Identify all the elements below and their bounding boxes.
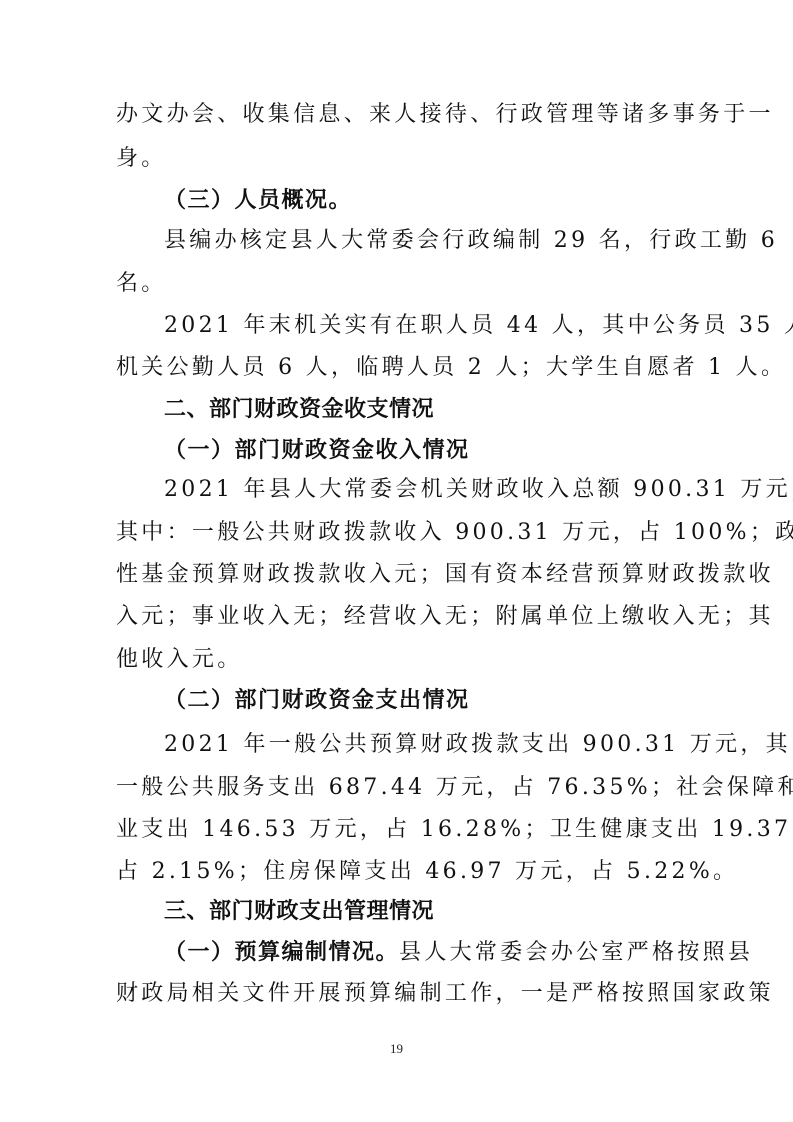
- subsection-heading-expenditure: （二）部门财政资金支出情况: [164, 686, 724, 714]
- body-text-line: 名。: [116, 270, 676, 298]
- subsection-heading-revenue: （一）部门财政资金收入情况: [164, 436, 724, 464]
- section-heading-expenditure-management: 三、部门财政支出管理情况: [164, 898, 724, 926]
- body-text-line-mixed: （一）预算编制情况。县人大常委会办公室严格按照县: [164, 938, 724, 967]
- subsection-heading-personnel: （三）人员概况。: [164, 186, 724, 214]
- body-text-line: 一般公共服务支出 687.44 万元，占 76.35%；社会保障和就: [116, 774, 676, 802]
- page-number: 19: [0, 1041, 793, 1057]
- body-text-line: 财政局相关文件开展预算编制工作，一是严格按照国家政策: [116, 980, 676, 1008]
- body-text-line: 其中：一般公共财政拨款收入 900.31 万元，占 100%；政府: [116, 519, 676, 547]
- body-text-line: 机关公勤人员 6 人，临聘人员 2 人；大学生自愿者 1 人。: [116, 354, 676, 382]
- section-heading-revenue-expenditure: 二、部门财政资金收支情况: [164, 396, 724, 424]
- body-text-line: 他收入元。: [116, 646, 676, 674]
- body-text-line: 办文办会、收集信息、来人接待、行政管理等诸多事务于一: [116, 101, 676, 129]
- body-text-line: 2021 年县人大常委会机关财政收入总额 900.31 万元，: [164, 476, 724, 504]
- body-text-line: 县编办核定县人大常委会行政编制 29 名，行政工勤 6: [164, 227, 724, 255]
- body-text-line: 身。: [116, 145, 676, 173]
- body-text-line: 性基金预算财政拨款收入元；国有资本经营预算财政拨款收: [116, 561, 676, 589]
- body-text-line: 占 2.15%；住房保障支出 46.97 万元，占 5.22%。: [116, 858, 676, 886]
- body-text-line: 入元；事业收入无；经营收入无；附属单位上缴收入无；其: [116, 603, 676, 631]
- body-text-span: 县人大常委会办公室严格按照县: [399, 940, 753, 965]
- body-text-line: 2021 年一般公共预算财政拨款支出 900.31 万元，其中:: [164, 731, 724, 759]
- subsection-heading-budget: （一）预算编制情况。: [164, 939, 399, 965]
- document-page: 办文办会、收集信息、来人接待、行政管理等诸多事务于一 身。 （三）人员概况。 县…: [0, 0, 793, 1122]
- body-text-line: 2021 年末机关实有在职人员 44 人，其中公务员 35 人，: [164, 312, 724, 340]
- body-text-line: 业支出 146.53 万元，占 16.28%；卫生健康支出 19.37 万元，: [116, 816, 676, 844]
